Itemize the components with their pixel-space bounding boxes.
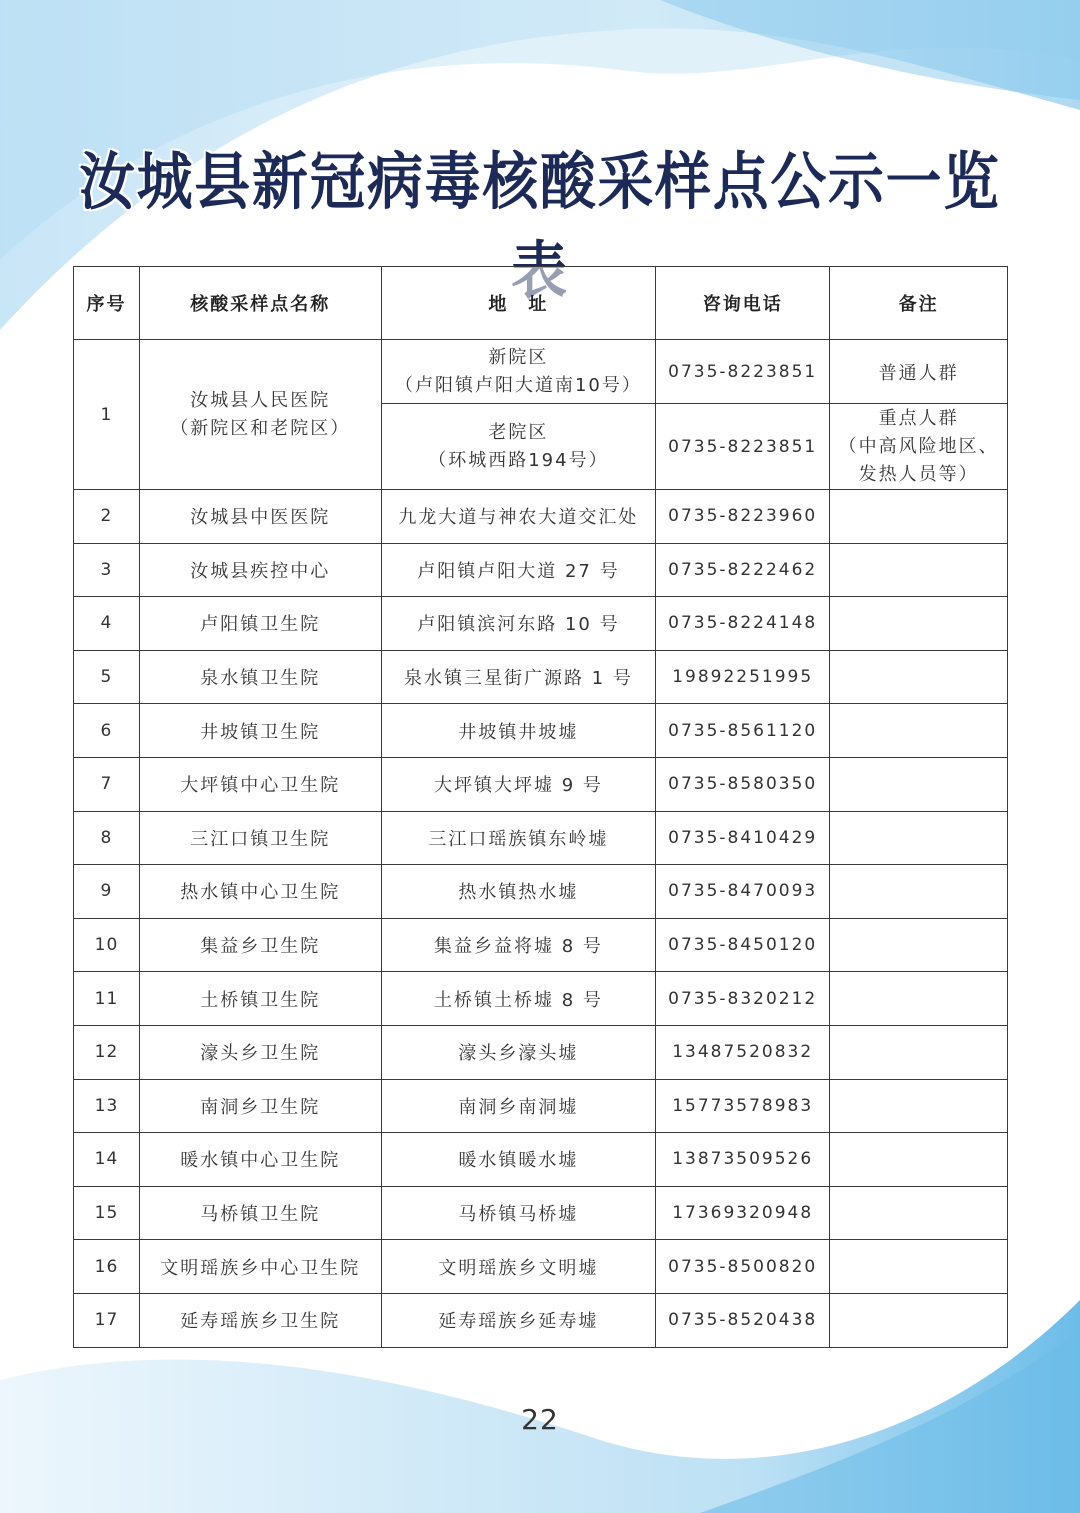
row-address: 马桥镇马桥墟: [381, 1186, 656, 1240]
row-no: 9: [74, 865, 140, 919]
row-note: [830, 1133, 1008, 1187]
row-phone: 13487520832: [656, 1025, 830, 1079]
row-phone: 13873509526: [656, 1133, 830, 1187]
row-address: 老院区 （环城西路194号）: [381, 404, 656, 490]
row-name: 集益乡卫生院: [139, 918, 381, 972]
address-line: 老院区: [382, 419, 656, 447]
header-note: 备注: [830, 267, 1008, 340]
row-no: 15: [74, 1186, 140, 1240]
row-no: 12: [74, 1025, 140, 1079]
row-phone: 0735-8520438: [656, 1293, 830, 1347]
row-no: 14: [74, 1133, 140, 1187]
row-name: 井坡镇卫生院: [139, 704, 381, 758]
row-no: 6: [74, 704, 140, 758]
table-row: 9热水镇中心卫生院热水镇热水墟0735-8470093: [74, 865, 1008, 919]
address-line: 新院区: [382, 344, 656, 372]
row-name: 濠头乡卫生院: [139, 1025, 381, 1079]
row-address: 濠头乡濠头墟: [381, 1025, 656, 1079]
table-row: 12濠头乡卫生院濠头乡濠头墟13487520832: [74, 1025, 1008, 1079]
row-name: 土桥镇卫生院: [139, 972, 381, 1026]
row-no: 10: [74, 918, 140, 972]
row-name: 汝城县中医医院: [139, 490, 381, 544]
row-phone: 0735-8450120: [656, 918, 830, 972]
row-note: [830, 1186, 1008, 1240]
row-name: 延寿瑶族乡卫生院: [139, 1293, 381, 1347]
row-note: 普通人群: [830, 340, 1008, 404]
table-row: 6井坡镇卫生院井坡镇井坡墟0735-8561120: [74, 704, 1008, 758]
table-header-row: 序号 核酸采样点名称 地 址 咨询电话 备注: [74, 267, 1008, 340]
table-row: 15马桥镇卫生院马桥镇马桥墟17369320948: [74, 1186, 1008, 1240]
table-row: 16文明瑶族乡中心卫生院文明瑶族乡文明墟0735-8500820: [74, 1240, 1008, 1294]
row-address: 卢阳镇卢阳大道 27 号: [381, 543, 656, 597]
row-address: 土桥镇土桥墟 8 号: [381, 972, 656, 1026]
note-line: 重点人群: [830, 405, 1007, 433]
address-line: （卢阳镇卢阳大道南10号）: [382, 372, 656, 400]
row-address: 文明瑶族乡文明墟: [381, 1240, 656, 1294]
row-phone: 0735-8223960: [656, 490, 830, 544]
row-name: 汝城县疾控中心: [139, 543, 381, 597]
row-address: 井坡镇井坡墟: [381, 704, 656, 758]
row-address: 泉水镇三星街广源路 1 号: [381, 650, 656, 704]
row-note: [830, 650, 1008, 704]
row-no: 16: [74, 1240, 140, 1294]
row-phone: 0735-8561120: [656, 704, 830, 758]
table-row: 3汝城县疾控中心卢阳镇卢阳大道 27 号0735-8222462: [74, 543, 1008, 597]
table-row: 17延寿瑶族乡卫生院延寿瑶族乡延寿墟0735-8520438: [74, 1293, 1008, 1347]
row-no: 4: [74, 597, 140, 651]
address-line: （环城西路194号）: [382, 447, 656, 475]
row-phone: 0735-8223851: [656, 340, 830, 404]
header-name: 核酸采样点名称: [139, 267, 381, 340]
row-address: 南洞乡南洞墟: [381, 1079, 656, 1133]
table-row: 8三江口镇卫生院三江口瑶族镇东岭墟0735-8410429: [74, 811, 1008, 865]
row-name: 卢阳镇卫生院: [139, 597, 381, 651]
row-phone: 0735-8320212: [656, 972, 830, 1026]
name-line: （新院区和老院区）: [140, 415, 381, 443]
row-address: 集益乡益将墟 8 号: [381, 918, 656, 972]
row-address: 九龙大道与神农大道交汇处: [381, 490, 656, 544]
header-address: 地 址: [381, 267, 656, 340]
row-no: 1: [74, 340, 140, 490]
sampling-sites-table: 序号 核酸采样点名称 地 址 咨询电话 备注 1 汝城县人民医院 （新院区和老院…: [73, 266, 1008, 1348]
row-address: 大坪镇大坪墟 9 号: [381, 757, 656, 811]
table-row: 4卢阳镇卫生院卢阳镇滨河东路 10 号0735-8224148: [74, 597, 1008, 651]
row-phone: 0735-8223851: [656, 404, 830, 490]
row-address: 卢阳镇滨河东路 10 号: [381, 597, 656, 651]
row-address: 延寿瑶族乡延寿墟: [381, 1293, 656, 1347]
row-name: 南洞乡卫生院: [139, 1079, 381, 1133]
row-phone: 0735-8224148: [656, 597, 830, 651]
row-phone: 15773578983: [656, 1079, 830, 1133]
row-no: 17: [74, 1293, 140, 1347]
row-name: 泉水镇卫生院: [139, 650, 381, 704]
row-no: 8: [74, 811, 140, 865]
page-number: 22: [0, 1403, 1080, 1436]
row-note: [830, 490, 1008, 544]
row-address: 热水镇热水墟: [381, 865, 656, 919]
table-row: 1 汝城县人民医院 （新院区和老院区） 新院区 （卢阳镇卢阳大道南10号） 07…: [74, 340, 1008, 404]
row-name: 马桥镇卫生院: [139, 1186, 381, 1240]
row-note: [830, 704, 1008, 758]
row-phone: 17369320948: [656, 1186, 830, 1240]
note-line: 发热人员等）: [830, 461, 1007, 489]
row-address: 暖水镇暖水墟: [381, 1133, 656, 1187]
row-name: 汝城县人民医院 （新院区和老院区）: [139, 340, 381, 490]
row-phone: 19892251995: [656, 650, 830, 704]
row-no: 7: [74, 757, 140, 811]
row-address: 三江口瑶族镇东岭墟: [381, 811, 656, 865]
row-note: [830, 865, 1008, 919]
row-name: 大坪镇中心卫生院: [139, 757, 381, 811]
row-note: 重点人群 （中高风险地区、 发热人员等）: [830, 404, 1008, 490]
name-line: 汝城县人民医院: [140, 387, 381, 415]
table-row: 10集益乡卫生院集益乡益将墟 8 号0735-8450120: [74, 918, 1008, 972]
header-no: 序号: [74, 267, 140, 340]
row-note: [830, 1079, 1008, 1133]
table-row: 7大坪镇中心卫生院大坪镇大坪墟 9 号0735-8580350: [74, 757, 1008, 811]
note-line: （中高风险地区、: [830, 433, 1007, 461]
row-name: 文明瑶族乡中心卫生院: [139, 1240, 381, 1294]
header-phone: 咨询电话: [656, 267, 830, 340]
row-name: 三江口镇卫生院: [139, 811, 381, 865]
row-note: [830, 757, 1008, 811]
row-phone: 0735-8580350: [656, 757, 830, 811]
row-note: [830, 1240, 1008, 1294]
table-row: 11土桥镇卫生院土桥镇土桥墟 8 号0735-8320212: [74, 972, 1008, 1026]
row-name: 热水镇中心卫生院: [139, 865, 381, 919]
row-no: 3: [74, 543, 140, 597]
row-note: [830, 543, 1008, 597]
row-name: 暖水镇中心卫生院: [139, 1133, 381, 1187]
row-no: 5: [74, 650, 140, 704]
row-phone: 0735-8410429: [656, 811, 830, 865]
table-row: 5泉水镇卫生院泉水镇三星街广源路 1 号19892251995: [74, 650, 1008, 704]
row-note: [830, 597, 1008, 651]
row-note: [830, 1025, 1008, 1079]
row-no: 11: [74, 972, 140, 1026]
row-phone: 0735-8500820: [656, 1240, 830, 1294]
row-note: [830, 1293, 1008, 1347]
row-no: 13: [74, 1079, 140, 1133]
table-row: 14暖水镇中心卫生院暖水镇暖水墟13873509526: [74, 1133, 1008, 1187]
row-address: 新院区 （卢阳镇卢阳大道南10号）: [381, 340, 656, 404]
table-row: 2汝城县中医医院九龙大道与神农大道交汇处0735-8223960: [74, 490, 1008, 544]
table-row: 13南洞乡卫生院南洞乡南洞墟15773578983: [74, 1079, 1008, 1133]
row-phone: 0735-8222462: [656, 543, 830, 597]
row-phone: 0735-8470093: [656, 865, 830, 919]
row-note: [830, 811, 1008, 865]
row-note: [830, 918, 1008, 972]
row-note: [830, 972, 1008, 1026]
row-no: 2: [74, 490, 140, 544]
